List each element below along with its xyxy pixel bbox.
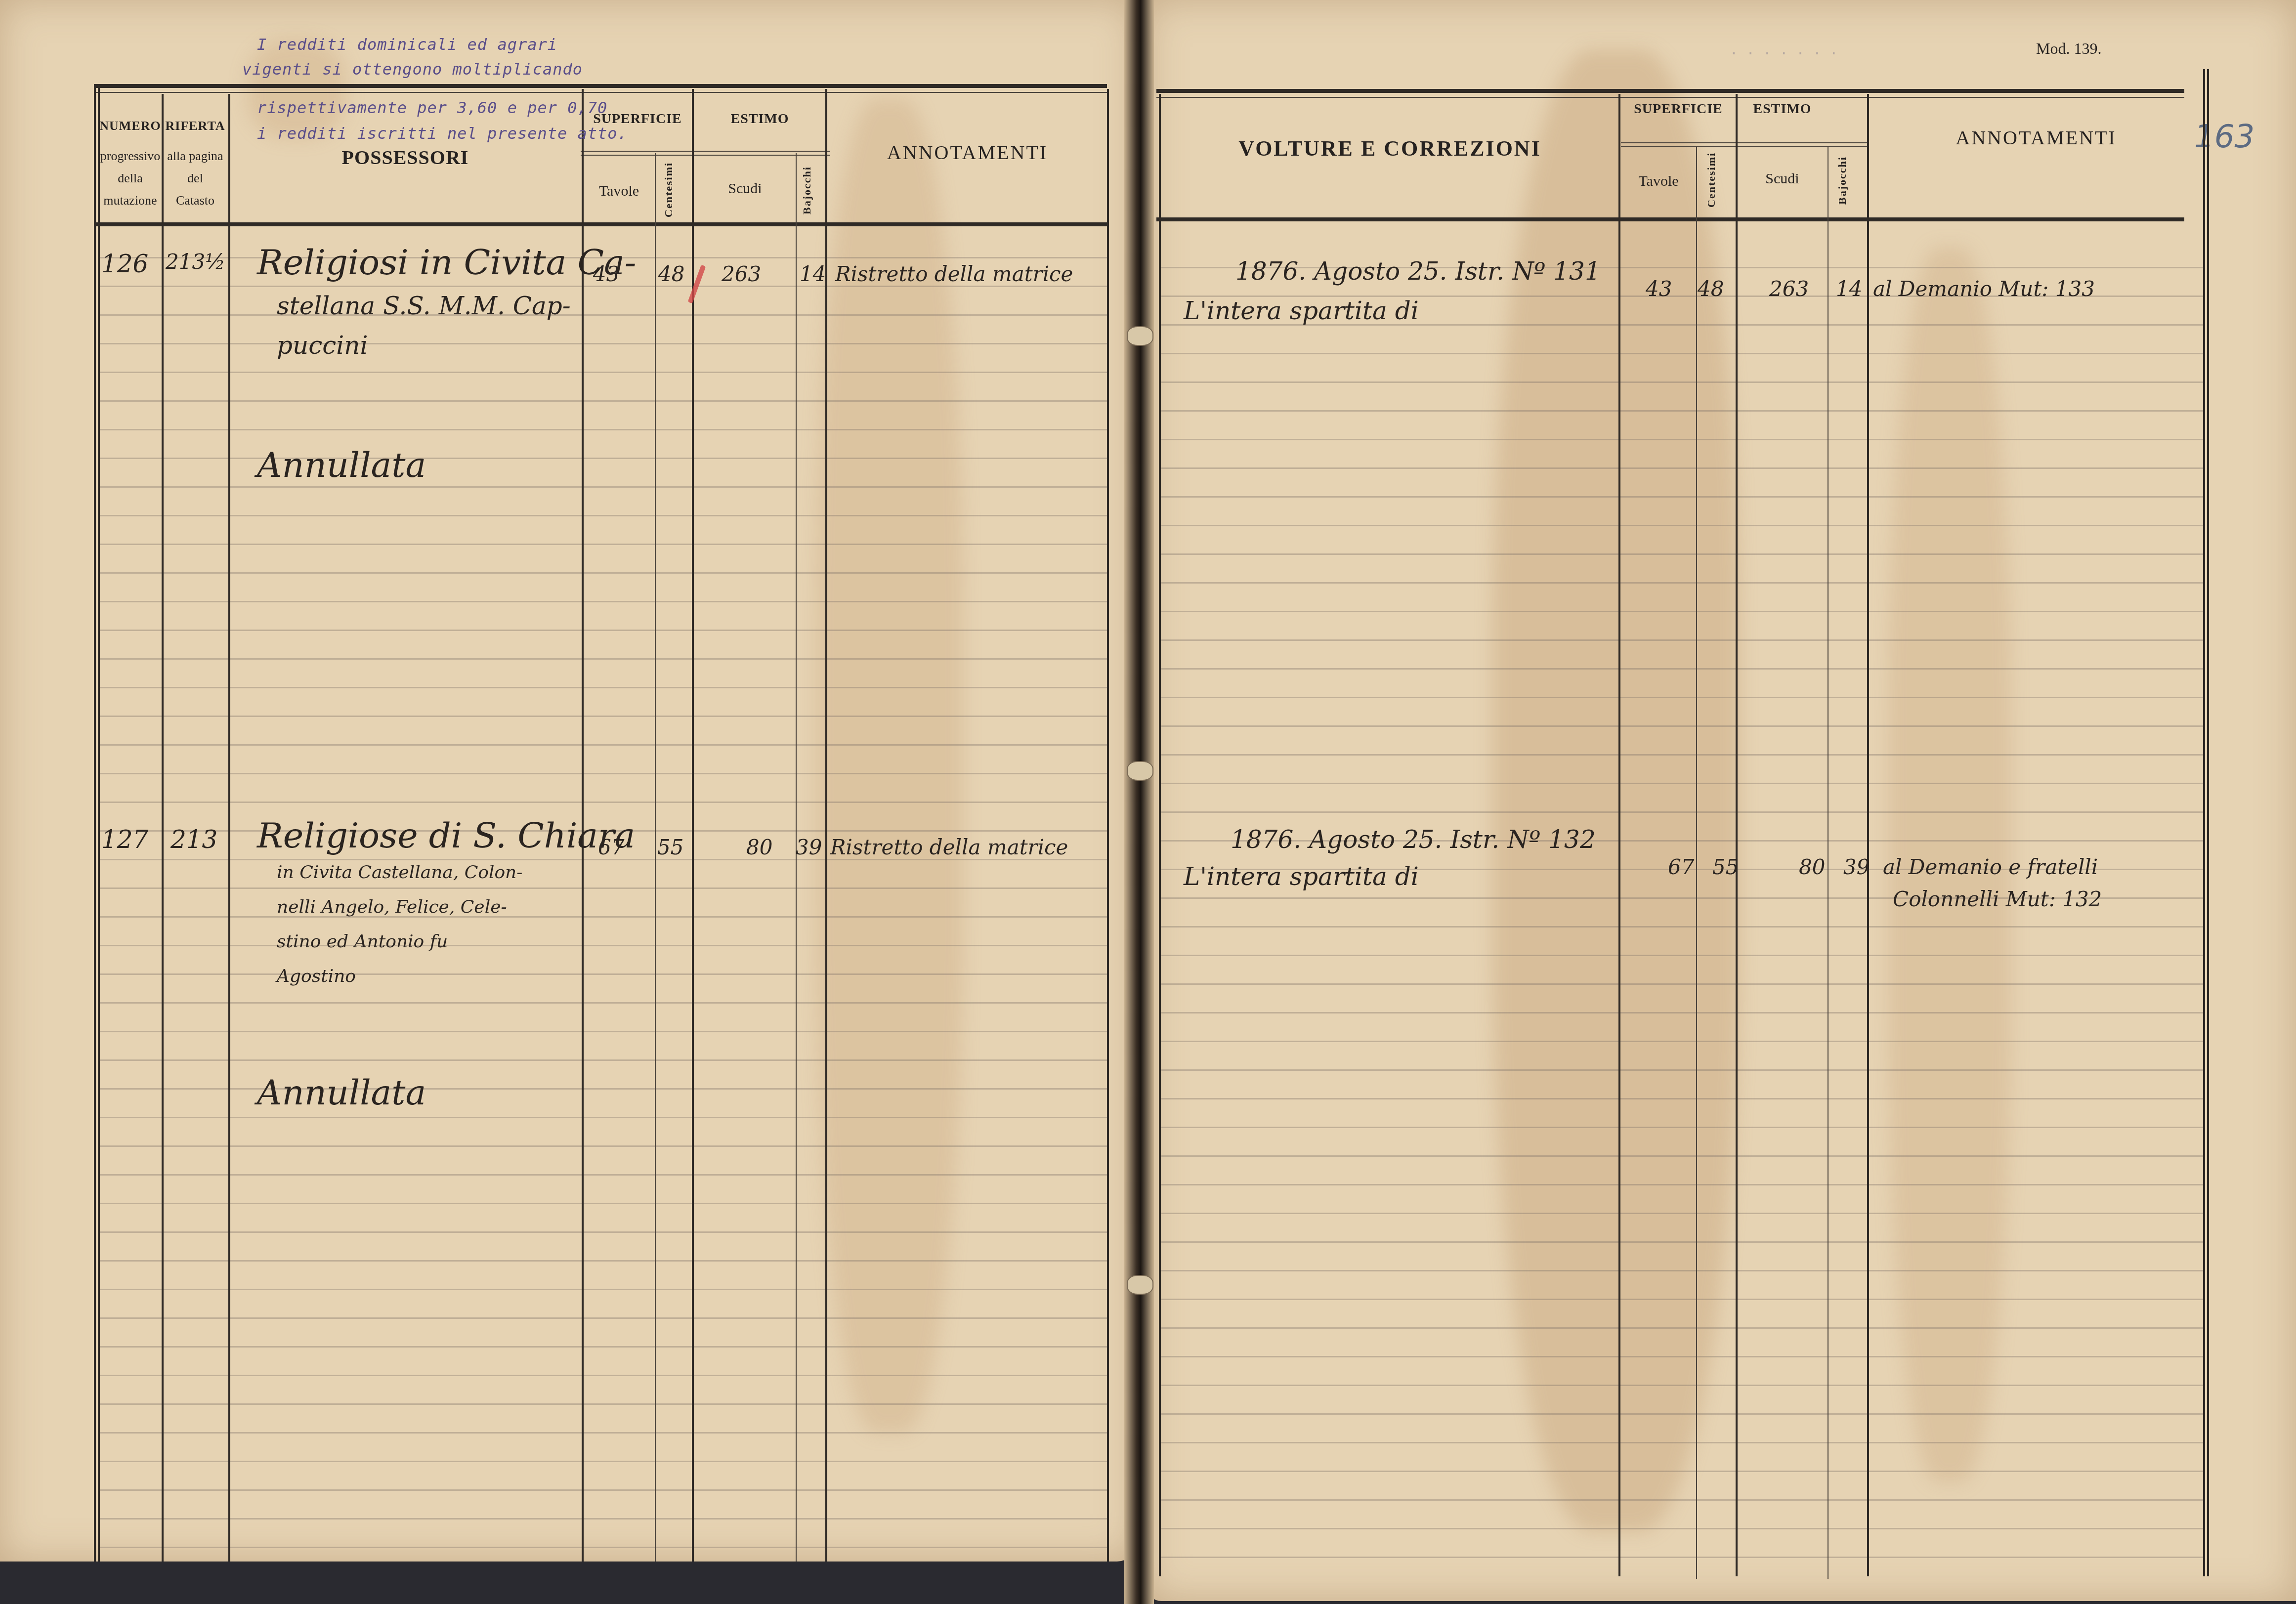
header-top-border-thin <box>94 92 1107 93</box>
entry-126-bajocchi: 14 <box>800 262 826 286</box>
entry-127-tavole: 67 <box>598 835 624 859</box>
ruled-line <box>1161 525 2204 526</box>
subheader-divider <box>581 151 830 152</box>
right-page <box>1147 0 2296 1601</box>
entry-127-possessori-4: stino ed Antonio fu <box>277 931 448 952</box>
ruled-line <box>1161 1528 2204 1529</box>
ruled-line <box>99 458 1107 459</box>
ruled-line <box>99 1260 1107 1262</box>
column-border <box>825 89 827 1562</box>
volture-2-line-2: L'intera spartita di <box>1184 862 1419 891</box>
ruled-line <box>1161 1385 2204 1386</box>
volture-1-line-2: L'intera spartita di <box>1184 296 1419 325</box>
ruled-line <box>99 486 1107 488</box>
ruled-line <box>1161 1069 2204 1071</box>
entry-127-possessori-1: Religiose di S. Chiara <box>257 815 635 856</box>
entry-127-status: Annullata <box>257 1072 426 1113</box>
ruled-line <box>1161 1471 2204 1472</box>
header-annotamenti: ANNOTAMENTI <box>828 141 1107 164</box>
column-border <box>2207 69 2209 1576</box>
volture-2-centesimi: 55 <box>1712 855 1739 879</box>
volture-1-centesimi: 48 <box>1698 277 1724 301</box>
ruled-line <box>1161 467 2204 469</box>
ruled-line <box>1161 353 2204 354</box>
header-possessori: POSSESSORI <box>230 146 581 169</box>
subheader-divider <box>1621 142 1868 143</box>
header-centesimi: Centesimi <box>1705 153 1725 208</box>
volture-1-annotamenti: al Demanio Mut: 133 <box>1873 277 2095 301</box>
ruled-line <box>99 973 1107 975</box>
header-top-border <box>1156 89 2184 93</box>
entry-127-centesimi: 55 <box>657 835 683 859</box>
ruled-line <box>99 1145 1107 1147</box>
volture-2-annotamenti-2: Colonnelli Mut: 132 <box>1893 887 2102 911</box>
binding-stitch <box>1127 761 1153 781</box>
ruled-line <box>1161 1241 2204 1243</box>
binding-stitch <box>1127 326 1153 346</box>
ruled-line <box>1161 1184 2204 1185</box>
ruled-line <box>1161 1127 2204 1128</box>
volture-2-annotamenti-1: al Demanio e fratelli <box>1883 855 2098 879</box>
ruled-line <box>99 773 1107 774</box>
header-numero: NUMERO <box>99 119 162 133</box>
header-bottom-border <box>94 222 1107 226</box>
water-stain <box>815 99 964 1433</box>
ruled-line <box>1161 1213 2204 1214</box>
column-border <box>692 89 694 1562</box>
ruled-line <box>99 1231 1107 1233</box>
header-numero-sub-3: mutazione <box>99 188 162 213</box>
ruled-line <box>99 572 1107 574</box>
column-border <box>94 84 96 1562</box>
ruled-line <box>1161 668 2204 670</box>
ruled-line <box>99 1489 1107 1491</box>
entry-126-possessori-1: Religiosi in Civita Ca- <box>257 242 636 283</box>
volture-2-bajocchi: 39 <box>1843 855 1870 879</box>
subheader-divider <box>1621 146 1868 147</box>
header-superficie: SUPERFICIE <box>1621 101 1736 117</box>
column-border <box>1159 94 1161 1576</box>
stamp-note-line-1: I redditi dominicali ed agrari <box>257 31 557 58</box>
ruled-line <box>1161 926 2204 928</box>
ruled-line <box>99 544 1107 545</box>
ruled-line <box>1161 1413 2204 1415</box>
left-page <box>0 0 1137 1562</box>
entry-127-possessori-3: nelli Angelo, Felice, Cele- <box>277 897 507 917</box>
ruled-line <box>1161 1012 2204 1013</box>
column-border <box>162 94 164 1562</box>
ruled-line <box>1161 783 2204 784</box>
entry-126-annotamenti: Ristretto della matrice <box>835 262 1073 286</box>
header-tavole: Tavole <box>1621 173 1696 190</box>
header-centesimi: Centesimi <box>662 163 682 217</box>
entry-127-bajocchi: 39 <box>796 835 822 859</box>
header-estimo: ESTIMO <box>1737 101 1828 117</box>
ruled-line <box>1161 955 2204 956</box>
header-bottom-border <box>1156 217 2184 221</box>
header-superficie: SUPERFICIE <box>583 111 692 127</box>
ruled-line <box>99 1461 1107 1462</box>
volture-1-scudi: 263 <box>1769 277 1809 301</box>
volture-1-bajocchi: 14 <box>1836 277 1862 301</box>
ruled-line <box>99 1059 1107 1061</box>
subheader-divider <box>581 155 830 156</box>
ruled-line <box>1161 439 2204 440</box>
column-border <box>98 84 100 1562</box>
ruled-line <box>99 1403 1107 1405</box>
header-riferta: RIFERTA <box>163 119 227 133</box>
book-spine <box>1124 0 1154 1604</box>
header-bajocchi: Bajocchi <box>1836 153 1856 208</box>
ruled-line <box>1161 582 2204 584</box>
entry-126-scudi: 263 <box>722 262 761 286</box>
ruled-line <box>99 343 1107 344</box>
column-border-thin <box>1696 146 1697 1579</box>
entry-127-riferta: 213 <box>170 825 217 854</box>
entry-126-status: Annullata <box>257 445 426 485</box>
ruled-line <box>99 372 1107 373</box>
ruled-line <box>1161 381 2204 383</box>
ruled-line <box>99 429 1107 430</box>
stamp-note-line-3: rispettivamente per 3,60 e per 0,70 <box>257 94 607 122</box>
ruled-line <box>99 658 1107 660</box>
ruled-line <box>1161 1299 2204 1300</box>
ruled-line <box>1161 754 2204 756</box>
ruled-line <box>1161 1356 2204 1357</box>
column-border-thin <box>1828 146 1828 1579</box>
ruled-line <box>99 314 1107 316</box>
stamp-note-line-4: i redditi iscritti nel presente atto. <box>257 120 628 147</box>
header-bajocchi: Bajocchi <box>801 163 820 217</box>
ruled-line <box>1161 811 2204 813</box>
ruled-line <box>99 1518 1107 1520</box>
ruled-line <box>1161 639 2204 641</box>
header-top-border <box>94 84 1107 88</box>
ruled-line <box>1161 697 2204 698</box>
faint-stamp-text: · · · · · · · <box>1730 45 1838 62</box>
volture-1-tavole: 43 <box>1646 277 1672 301</box>
ruled-line <box>1161 725 2204 727</box>
column-border <box>1107 89 1109 1562</box>
ruled-line <box>1161 1041 2204 1042</box>
column-border <box>2203 69 2205 1576</box>
ruled-line <box>1161 1270 2204 1271</box>
ruled-line <box>1161 1442 2204 1443</box>
header-riferta-sub-3: Catasto <box>163 188 227 213</box>
entry-126-tavole: 43 <box>593 262 619 286</box>
ruled-line <box>99 744 1107 746</box>
entry-127-possessori-2: in Civita Castellana, Colon- <box>277 862 522 883</box>
column-border <box>1618 94 1620 1576</box>
entry-127-possessori-5: Agostino <box>277 966 356 986</box>
ruled-line <box>1161 611 2204 612</box>
entry-127-annotamenti: Ristretto della matrice <box>830 835 1068 859</box>
ruled-line <box>1161 496 2204 498</box>
ruled-line <box>99 802 1107 803</box>
ruled-line <box>99 1432 1107 1434</box>
column-border-thin <box>655 153 656 1562</box>
ruled-line <box>1161 410 2204 412</box>
ruled-line <box>99 1346 1107 1348</box>
ruled-line <box>1161 553 2204 555</box>
header-estimo: ESTIMO <box>694 111 825 127</box>
volture-2-scudi: 80 <box>1799 855 1825 879</box>
ruled-line <box>1161 1327 2204 1329</box>
entry-126-centesimi: 48 <box>658 262 684 286</box>
ruled-line <box>99 1289 1107 1290</box>
stamp-note-line-2: vigenti si ottengono moltiplicando <box>242 55 583 83</box>
ruled-line <box>99 1031 1107 1032</box>
ruled-line <box>99 515 1107 516</box>
header-scudi: Scudi <box>694 180 796 197</box>
column-border <box>228 94 230 1562</box>
volture-2-line-1: 1876. Agosto 25. Istr. Nº 132 <box>1231 825 1596 854</box>
ruled-line <box>1161 1155 2204 1157</box>
binding-stitch <box>1127 1275 1153 1295</box>
header-top-border-thin <box>1156 97 2184 98</box>
ruled-line <box>99 601 1107 602</box>
column-border <box>1867 94 1869 1576</box>
header-tavole: Tavole <box>583 183 655 200</box>
ruled-line <box>99 630 1107 631</box>
entry-126-possessori-3: puccini <box>277 331 368 360</box>
ruled-line <box>99 400 1107 402</box>
ruled-line <box>99 687 1107 688</box>
ruled-line <box>99 1088 1107 1090</box>
header-scudi: Scudi <box>1737 170 1828 187</box>
ruled-line <box>99 1002 1107 1004</box>
ruled-line <box>99 1547 1107 1548</box>
ruled-line <box>99 1375 1107 1376</box>
volture-1-line-1: 1876. Agosto 25. Istr. Nº 131 <box>1235 257 1601 286</box>
ruled-line <box>99 887 1107 889</box>
ruled-line <box>1161 983 2204 985</box>
header-annotamenti: ANNOTAMENTI <box>1871 126 2202 149</box>
ruled-line <box>1161 1499 2204 1501</box>
entry-126-riferta: 213½ <box>166 250 225 274</box>
entry-126-possessori-2: stellana S.S. M.M. Cap- <box>277 292 571 320</box>
ruled-line <box>99 1317 1107 1319</box>
ruled-line <box>99 716 1107 717</box>
ruled-line <box>1161 1098 2204 1099</box>
column-border <box>1736 94 1738 1576</box>
form-number: Mod. 139. <box>2036 40 2101 58</box>
header-volture-correzioni: VOLTURE E CORREZIONI <box>1161 136 1618 161</box>
entry-127-numero: 127 <box>101 825 148 854</box>
ruled-line <box>1161 1557 2204 1558</box>
ruled-line <box>99 1117 1107 1118</box>
volture-2-tavole: 67 <box>1668 855 1694 879</box>
ruled-line <box>99 945 1107 946</box>
ruled-line <box>99 916 1107 918</box>
ruled-line <box>99 1174 1107 1176</box>
entry-127-scudi: 80 <box>746 835 772 859</box>
entry-126-numero: 126 <box>101 250 148 278</box>
ruled-line <box>99 1203 1107 1204</box>
